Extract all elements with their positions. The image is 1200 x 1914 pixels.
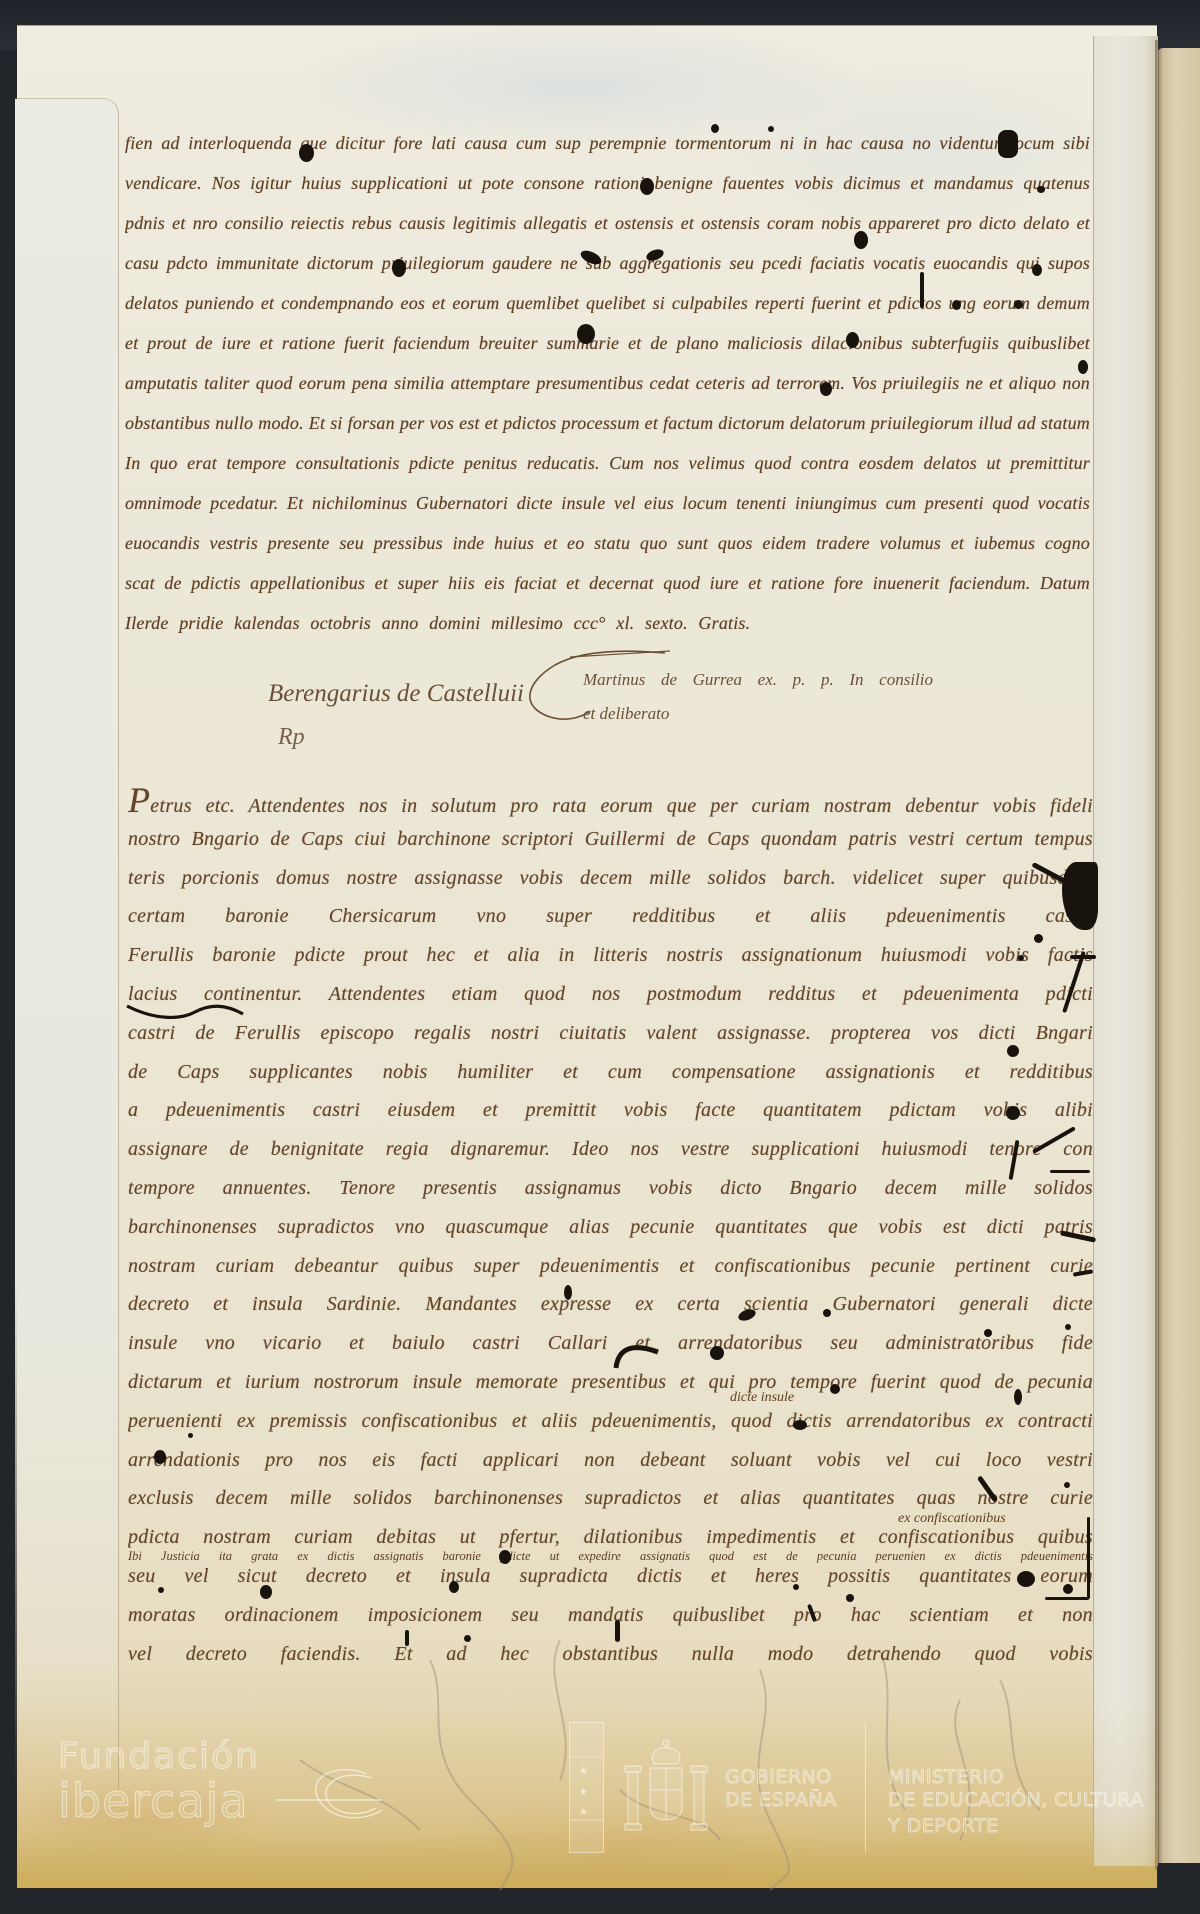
interlinear-insertion: ex confiscationibus — [898, 1511, 1006, 1527]
text-line: In quo erat tempore consultationis pdict… — [125, 443, 1090, 483]
text-line: moratas ordinacionem imposicionem seu ma… — [128, 1596, 1093, 1635]
text-line: pdnis et nro consilio reiectis rebus cau… — [125, 203, 1090, 243]
text-line: decreto et insula Sardinie. Mandantes ex… — [128, 1285, 1093, 1324]
chancery-note: Martinus de Gurrea ex. p. p. In consilio — [583, 670, 933, 690]
ink-blot — [1007, 1045, 1019, 1057]
ink-drip — [920, 272, 924, 308]
ink-blot — [299, 144, 314, 162]
ink-blot — [154, 1450, 166, 1464]
watermark-ministry-line-1: MINISTERIO — [888, 1766, 1004, 1788]
ink-blot — [854, 231, 868, 249]
watermark-ministry-line-2: DE EDUCACIÓN, CULTURA — [888, 1789, 1144, 1811]
ink-blot — [793, 1584, 799, 1590]
text-line: tempore annuentes. Tenore presentis assi… — [128, 1169, 1093, 1208]
ink-blot — [499, 1550, 511, 1564]
text-line: et prout de iure et ratione fuerit facie… — [125, 323, 1090, 363]
watermark-divider — [865, 1722, 866, 1853]
ink-blot — [1065, 1324, 1071, 1330]
svg-text:★: ★ — [579, 1807, 588, 1818]
ink-splash — [615, 1620, 620, 1642]
ink-splash — [405, 1630, 409, 1646]
ink-blot — [1037, 186, 1045, 193]
ink-blot — [158, 1587, 164, 1593]
paragraph-2: Petrus etc. Attendentes nos in solutum p… — [128, 781, 1093, 1673]
text-line: scat de pdictis appellationibus et super… — [125, 563, 1090, 603]
ink-blot — [830, 1384, 840, 1394]
text-line: vendicare. Nos igitur huius supplication… — [125, 163, 1090, 203]
ink-blot — [449, 1581, 459, 1593]
svg-text:★: ★ — [579, 1766, 588, 1777]
ink-blot — [1078, 360, 1088, 374]
ink-blot — [710, 1346, 724, 1360]
adjacent-page-edge — [1157, 48, 1200, 1863]
text-line: dictarum et iurium nostrorum insule memo… — [128, 1363, 1093, 1402]
watermark-ministry-line-3: Y DEPORTE — [888, 1815, 999, 1837]
ink-blot — [952, 300, 961, 310]
ink-blot — [846, 1594, 854, 1602]
text-line: arrendationis pro nos eis facti applicar… — [128, 1441, 1093, 1480]
text-line: omnimode pcedatur. Et nichilominus Guber… — [125, 483, 1090, 523]
guard-stub — [15, 98, 119, 1789]
text-line: certam baronie Chersicarum vno super red… — [128, 897, 1093, 936]
ink-blot — [1063, 1584, 1073, 1594]
watermark-foundation-brand: ibercaja — [58, 1774, 249, 1828]
watermark-foundation-name: Fundación — [58, 1736, 260, 1777]
text-line: lacius continentur. Attendentes etiam qu… — [128, 975, 1093, 1014]
text-line: euocandis vestris presente seu pressibus… — [125, 523, 1090, 563]
ink-blot — [1018, 955, 1024, 961]
ink-blot — [1014, 300, 1023, 309]
dating-clause: Ilerde pridie kalendas octobris anno dom… — [125, 603, 1090, 643]
spain-flag-strip-icon: ★ ★ ★ — [569, 1722, 604, 1853]
text-line: Ferullis baronie pdicte prout hec et ali… — [128, 936, 1093, 975]
watermark-government-line-2: DE ESPAÑA — [725, 1789, 837, 1811]
text-line: a pdeuenimentis castri eiusdem et premit… — [128, 1091, 1093, 1130]
text-line: assignare de benignitate regia dignaremu… — [128, 1130, 1093, 1169]
text-line: Petrus etc. Attendentes nos in solutum p… — [128, 781, 1093, 820]
registry-mark: Rp — [278, 724, 305, 751]
text-line: amputatis taliter quod eorum pena simili… — [125, 363, 1090, 403]
ink-blot — [1064, 1482, 1070, 1488]
text-line: delatos puniendo et condempnando eos et … — [125, 283, 1090, 323]
ink-blot — [768, 126, 774, 132]
ink-blot — [820, 382, 832, 396]
text-line: barchinonenses supradictos vno quascumqu… — [128, 1208, 1093, 1247]
ink-blot — [1032, 264, 1042, 276]
margin-bracket — [1087, 1517, 1090, 1599]
coat-of-arms-icon — [620, 1738, 712, 1834]
svg-text:★: ★ — [579, 1787, 588, 1798]
interlinear-line: Ibi Justicia ita grata ex dictis assigna… — [128, 1549, 1093, 1565]
text-line: teris porcionis domus nostre assignasse … — [128, 859, 1093, 898]
ink-blot — [392, 259, 406, 277]
ink-blot — [564, 1285, 572, 1300]
ink-blot — [260, 1585, 272, 1599]
text-line: fien ad interloquenda que dicitur fore l… — [125, 123, 1090, 163]
ink-blot — [711, 124, 719, 133]
text-line: vel decreto faciendis. Et ad hec obstant… — [128, 1635, 1093, 1674]
text-line: insule vno vicario et baiulo castri Call… — [128, 1324, 1093, 1363]
text-line: peruenienti ex premissis confiscationibu… — [128, 1402, 1093, 1441]
margin-bracket — [1045, 1597, 1089, 1600]
binding-seam — [1155, 40, 1159, 1870]
interlinear-insertion: dicte insule — [730, 1390, 794, 1406]
text-line: castri de Ferullis episcopo regalis nost… — [128, 1014, 1093, 1053]
ink-stroke-curve — [612, 1338, 662, 1372]
ibercaja-logo-icon — [272, 1764, 392, 1844]
watermark-government-line-1: GOBIERNO — [725, 1766, 832, 1788]
text-line: casu pdcto immunitate dictorum priuilegi… — [125, 243, 1090, 283]
text-line: obstantibus nullo modo. Et si forsan per… — [125, 403, 1090, 443]
ink-blot — [1014, 1389, 1022, 1405]
ink-blot — [464, 1635, 471, 1642]
ink-blot — [1006, 1106, 1020, 1120]
ink-splash — [1050, 1170, 1090, 1173]
ink-blot — [1034, 934, 1043, 943]
text-line: nostro Bngario de Caps ciui barchinone s… — [128, 820, 1093, 859]
text-line: nostram curiam debeantur quibus super pd… — [128, 1247, 1093, 1286]
ink-blot — [998, 130, 1018, 158]
signature-name: Berengarius de Castelluii — [268, 680, 524, 708]
ink-splash — [1070, 955, 1096, 959]
ink-blot — [1017, 1571, 1035, 1587]
ink-stroke-wavy — [125, 1000, 250, 1025]
text-line: de Caps supplicantes nobis humiliter et … — [128, 1053, 1093, 1092]
ink-blot — [577, 324, 595, 344]
ink-blot — [188, 1433, 193, 1438]
ink-blot — [823, 1309, 831, 1317]
ink-blot — [640, 178, 654, 195]
ink-blot — [984, 1329, 992, 1337]
chancery-note-continuation: et deliberato — [583, 704, 669, 724]
paragraph-1: fien ad interloquenda que dicitur fore l… — [125, 123, 1090, 643]
binding-gutter — [1093, 36, 1158, 1866]
ink-blot — [793, 1420, 807, 1430]
ink-blot — [846, 332, 859, 348]
